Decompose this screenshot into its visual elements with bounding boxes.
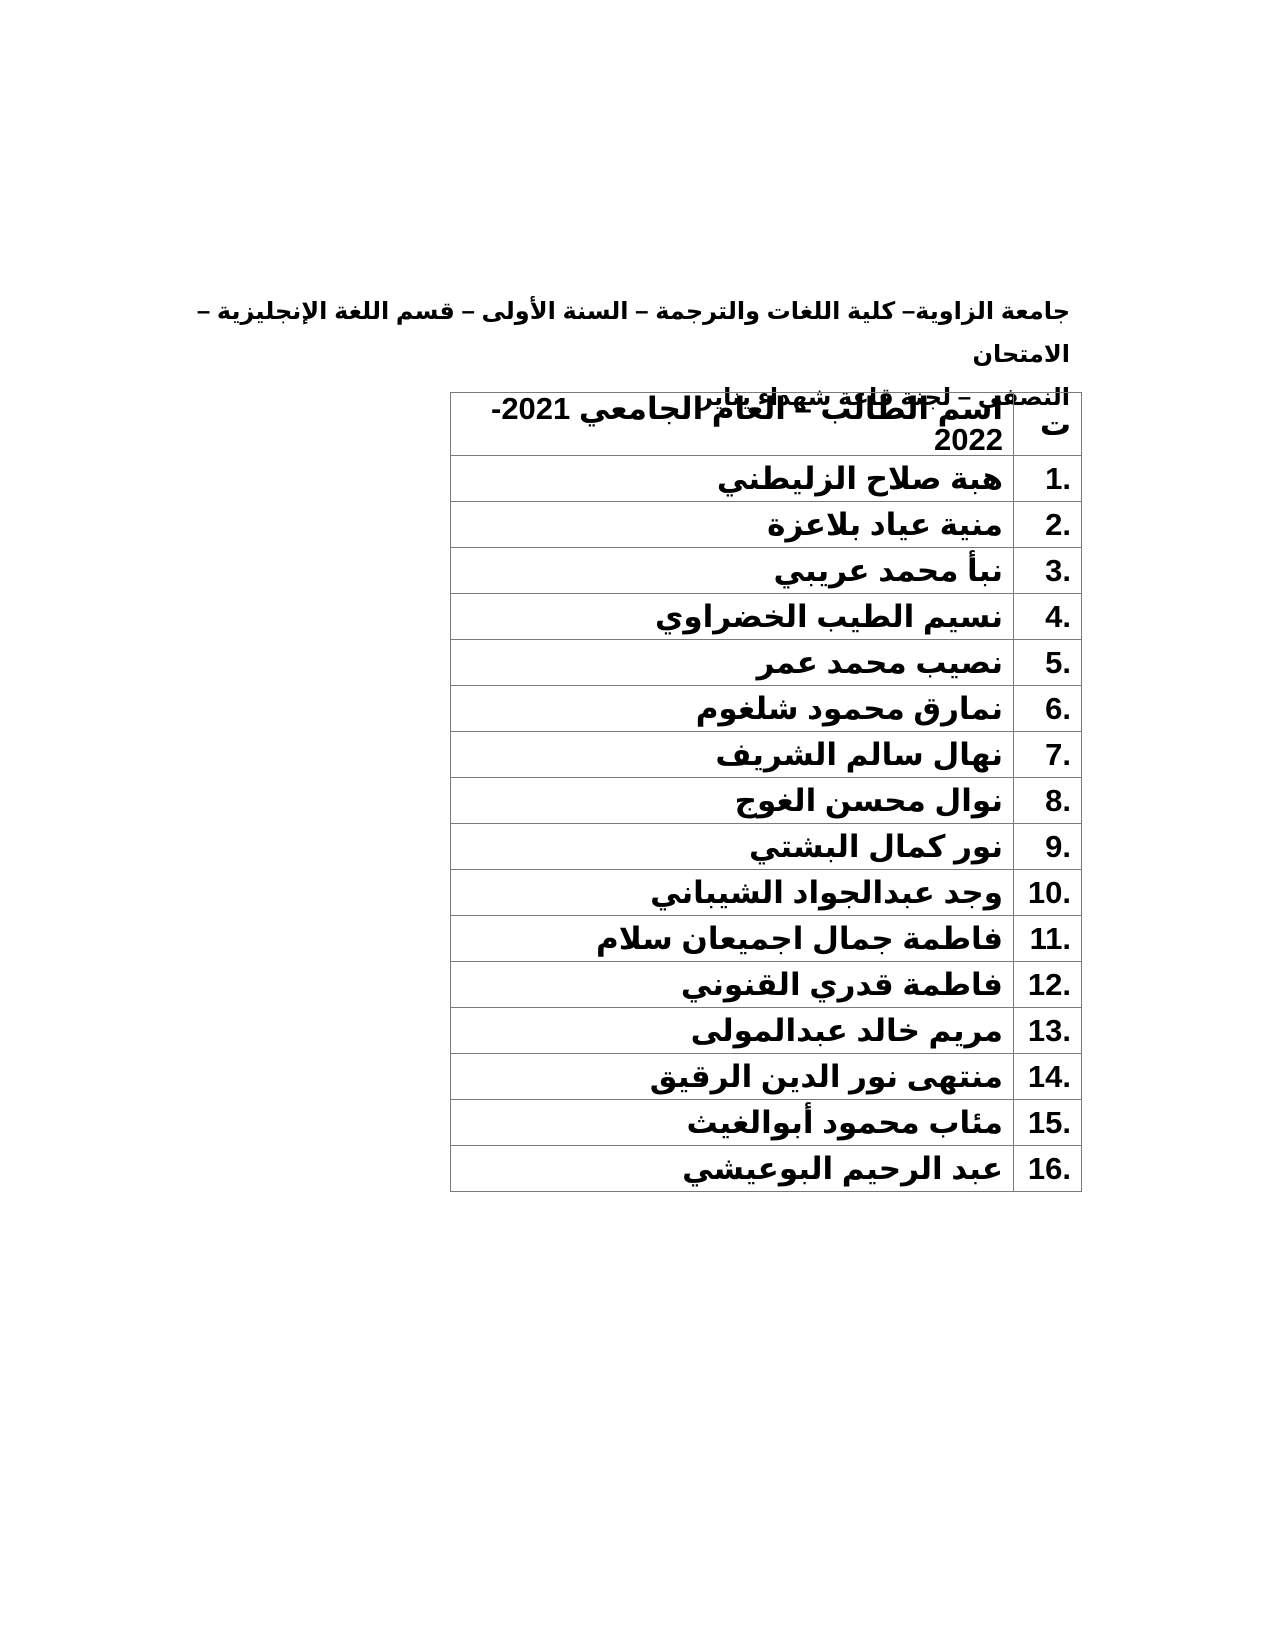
table-row: 11.فاطمة جمال اجميعان سلام <box>451 916 1082 962</box>
table-row: 8.نوال محسن الغوج <box>451 778 1082 824</box>
row-number-cell: 8. <box>1014 778 1082 824</box>
table-row: 13.مريم خالد عبدالمولى <box>451 1008 1082 1054</box>
table-header-row: ت اسم الطالب – العام الجامعي 2021-2022 <box>451 393 1082 456</box>
table-row: 9.نور كمال البشتي <box>451 824 1082 870</box>
student-name-cell: نور كمال البشتي <box>451 824 1014 870</box>
row-number-cell: 6. <box>1014 686 1082 732</box>
row-number-cell: 14. <box>1014 1054 1082 1100</box>
row-number-cell: 4. <box>1014 594 1082 640</box>
student-name-cell: نبأ محمد عريبي <box>451 548 1014 594</box>
student-name-cell: مئاب محمود أبوالغيث <box>451 1100 1014 1146</box>
table-row: 2.منية عياد بلاعزة <box>451 502 1082 548</box>
student-name-cell: مريم خالد عبدالمولى <box>451 1008 1014 1054</box>
student-name-cell: هبة صلاح الزليطني <box>451 456 1014 502</box>
header-number-cell: ت <box>1014 393 1082 456</box>
student-name-cell: نصيب محمد عمر <box>451 640 1014 686</box>
row-number-cell: 9. <box>1014 824 1082 870</box>
row-number-cell: 5. <box>1014 640 1082 686</box>
table-row: 15.مئاب محمود أبوالغيث <box>451 1100 1082 1146</box>
header-name-cell: اسم الطالب – العام الجامعي 2021-2022 <box>451 393 1014 456</box>
row-number-cell: 13. <box>1014 1008 1082 1054</box>
table-row: 5.نصيب محمد عمر <box>451 640 1082 686</box>
table-row: 1.هبة صلاح الزليطني <box>451 456 1082 502</box>
table-row: 6.نمارق محمود شلغوم <box>451 686 1082 732</box>
row-number-cell: 2. <box>1014 502 1082 548</box>
student-name-cell: منتهى نور الدين الرقيق <box>451 1054 1014 1100</box>
row-number-cell: 16. <box>1014 1146 1082 1192</box>
row-number-cell: 3. <box>1014 548 1082 594</box>
table-row: 12.فاطمة قدري القنوني <box>451 962 1082 1008</box>
table-row: 10.وجد عبدالجواد الشيباني <box>451 870 1082 916</box>
student-name-cell: منية عياد بلاعزة <box>451 502 1014 548</box>
row-number-cell: 10. <box>1014 870 1082 916</box>
heading-line-1: جامعة الزاوية– كلية اللغات والترجمة – ال… <box>190 290 1070 376</box>
row-number-cell: 11. <box>1014 916 1082 962</box>
table-row: 7.نهال سالم الشريف <box>451 732 1082 778</box>
student-name-cell: فاطمة قدري القنوني <box>451 962 1014 1008</box>
row-number-cell: 1. <box>1014 456 1082 502</box>
table-row: 16.عبد الرحيم البوعيشي <box>451 1146 1082 1192</box>
student-name-cell: نمارق محمود شلغوم <box>451 686 1014 732</box>
student-name-cell: نسيم الطيب الخضراوي <box>451 594 1014 640</box>
row-number-cell: 12. <box>1014 962 1082 1008</box>
table-row: 3.نبأ محمد عريبي <box>451 548 1082 594</box>
student-name-cell: عبد الرحيم البوعيشي <box>451 1146 1014 1192</box>
table-row: 14.منتهى نور الدين الرقيق <box>451 1054 1082 1100</box>
student-name-cell: وجد عبدالجواد الشيباني <box>451 870 1014 916</box>
student-name-cell: نهال سالم الشريف <box>451 732 1014 778</box>
row-number-cell: 7. <box>1014 732 1082 778</box>
table-row: 4.نسيم الطيب الخضراوي <box>451 594 1082 640</box>
student-roster-table: ت اسم الطالب – العام الجامعي 2021-2022 1… <box>450 392 1082 1192</box>
student-name-cell: نوال محسن الغوج <box>451 778 1014 824</box>
student-name-cell: فاطمة جمال اجميعان سلام <box>451 916 1014 962</box>
row-number-cell: 15. <box>1014 1100 1082 1146</box>
